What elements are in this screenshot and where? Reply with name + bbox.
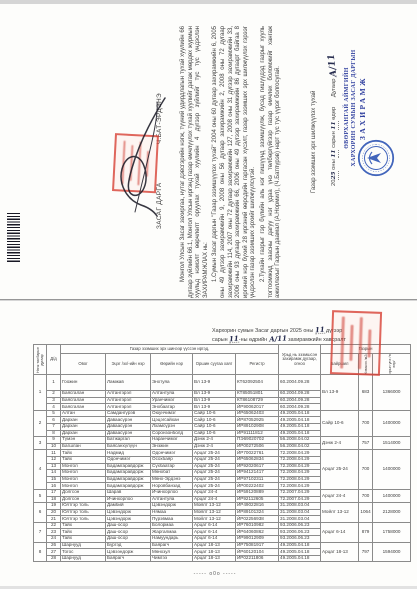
cell-father-name: Батжаргал bbox=[106, 437, 151, 444]
cell-register: ПЭ69020702 bbox=[236, 437, 279, 444]
cell-own-name: Осохбаяр bbox=[151, 456, 193, 463]
cell-register: ЙР64060862 bbox=[236, 529, 279, 536]
cell-prev-decree: 31.2008.03.04 bbox=[279, 516, 321, 523]
cell-group-number: 6 bbox=[34, 503, 47, 523]
cell-dd: 12 bbox=[47, 456, 61, 463]
annex-note-text: дүгээр bbox=[326, 328, 342, 334]
cell-group-number: 2 bbox=[34, 410, 47, 436]
cell-dd: 22 bbox=[47, 522, 61, 529]
cell-own-name: Ичинхорлоо bbox=[151, 489, 193, 496]
cell-father-name: Алтангэрэл bbox=[106, 391, 151, 398]
cell-ovog: Алтан bbox=[61, 410, 106, 417]
cell-prev-decree: 31.2008.03.04 bbox=[279, 509, 321, 516]
annex-note-text: Хархорин сумын Засаг даргын 2025 оны bbox=[212, 328, 313, 334]
page-footer: ----- о0о ----- bbox=[25, 571, 405, 577]
cell-dd: 26 bbox=[47, 542, 61, 549]
cell-father-name: Даш-осор bbox=[106, 529, 151, 536]
cell-register: ЙР65062403 bbox=[236, 410, 279, 417]
cell-price: 1514000 bbox=[373, 437, 411, 450]
cell-dd: 16 bbox=[47, 483, 61, 490]
cell-father-name: Даш-осор bbox=[106, 522, 151, 529]
table-row: 517ДолгсонШаравИчинхорлооАрцат 24-4ЙР591… bbox=[34, 489, 411, 496]
cell-ovog: Багшлан bbox=[61, 443, 106, 450]
cell-address: Арцат 6-14 bbox=[193, 529, 236, 536]
cell-address: Арцат 25-24 bbox=[193, 470, 236, 477]
number-label: Дугаар bbox=[331, 79, 337, 98]
header-land-group: Газрын bbox=[321, 345, 411, 354]
cell-register: КТ62092504 bbox=[236, 375, 279, 391]
cell-ovog: Тайх bbox=[61, 522, 106, 529]
cell-dd: 17 bbox=[47, 489, 61, 496]
cell-own-name: Пүрэвмаа bbox=[151, 516, 193, 523]
cell-address: Дэнж 2-4 bbox=[193, 443, 236, 450]
cell-prev-decree: 93.2006.06.23 bbox=[279, 529, 321, 536]
cell-register: ЙР87052925 bbox=[236, 417, 279, 424]
cell-prev-decree: 72.2007.04.29 bbox=[279, 489, 321, 496]
cell-dd: 1 bbox=[47, 375, 61, 391]
cell-register: ЙР60120104 bbox=[236, 549, 279, 556]
cell-own-name: Цэцэгсайхан bbox=[151, 417, 193, 424]
cell-dd: 28 bbox=[47, 555, 61, 562]
cell-own-name: Норовбанзад bbox=[151, 483, 193, 490]
cell-register: ЙР00272506 bbox=[236, 443, 279, 450]
cell-group-number: 4 bbox=[34, 450, 47, 490]
cell-address: Дэнж 2-4 bbox=[193, 437, 236, 444]
table-row: 826ШарнуудБүргэдБаярагчАрцат 18-13ЙР7508… bbox=[34, 542, 411, 549]
scan-edge-top bbox=[0, 0, 417, 4]
cell-size: 700 bbox=[359, 410, 373, 436]
cell-own-name: Жаргалмаа bbox=[151, 529, 193, 536]
cell-location: Мойлт 13-12 bbox=[321, 503, 359, 523]
ink-signature bbox=[105, 92, 180, 222]
cell-ovog: Долгсон bbox=[61, 496, 106, 503]
cell-prev-decree: 72.2008.04.29 bbox=[279, 463, 321, 470]
cell-register: ЙР92020617 bbox=[236, 463, 279, 470]
cell-register: ЙР90062017 bbox=[236, 404, 279, 411]
annex-note-text: сарын bbox=[212, 337, 228, 343]
cell-own-name: Оюунчимэг bbox=[151, 410, 193, 417]
cell-father-name: Даваасүрэн bbox=[106, 417, 151, 424]
cell-ovog: Шарнууд bbox=[61, 555, 106, 562]
cell-own-name: Мөнх-Эрдэнэ bbox=[151, 476, 193, 483]
cell-size: 1064 bbox=[359, 503, 373, 523]
cell-register: КТ85051801 bbox=[236, 391, 279, 398]
cell-register: ЙР70022761 bbox=[236, 450, 279, 457]
cell-father-name: Бадамгаравдорж bbox=[106, 483, 151, 490]
cell-address: Мойлт 13-12 bbox=[193, 516, 236, 523]
cell-dd: 15 bbox=[47, 476, 61, 483]
header-prev-decree: Урьд нь эзэмшсэн захирамж дугаар, огноо bbox=[279, 345, 321, 375]
cell-ovog: Монгол bbox=[61, 463, 106, 470]
cell-register: ЙР02211806 bbox=[236, 555, 279, 562]
cell-dd: 7 bbox=[47, 423, 61, 430]
cell-address: Вл 13-9 bbox=[193, 397, 236, 404]
cell-price: 1400000 bbox=[373, 450, 411, 490]
handwritten-year: 25 bbox=[332, 171, 339, 179]
cell-prev-decree: 72.2008.04.29 bbox=[279, 470, 321, 477]
cell-prev-decree: 49.2005.04.18 bbox=[279, 430, 321, 437]
cell-prev-decree: 60.2004.09.28 bbox=[279, 391, 321, 398]
annex-table-body: 11ГоожинЛамжавЭнхтуяаВл 13-9КТ6209250460… bbox=[34, 375, 411, 562]
date-label: өдөр bbox=[331, 107, 337, 120]
cell-group-number: 7 bbox=[34, 522, 47, 542]
letterhead-line: ӨВӨРХАНГАЙ АЙМГИЙН bbox=[344, 38, 351, 178]
cell-own-name: Баярагч bbox=[151, 542, 193, 549]
cell-ovog: Баясгалан bbox=[61, 391, 106, 398]
handwritten-day: 11 bbox=[332, 122, 339, 130]
cell-own-name: Энэжин bbox=[151, 443, 193, 450]
decree-paragraph: 2.Тухайн газрыг гэр бүлийн аль нэг гишүү… bbox=[260, 26, 283, 298]
handwritten-decree-number: А/11 bbox=[328, 53, 340, 77]
cell-prev-decree: 49.2005.04.18 bbox=[279, 542, 321, 549]
decree-paragraph: Монгол Улсын Засаг захиргаа, нутаг дэвсг… bbox=[180, 26, 210, 298]
cell-father-name: Баясанхүлүүн bbox=[106, 443, 151, 450]
cell-prev-decree: 60.2004.09.28 bbox=[279, 397, 321, 404]
cell-father-name: Бадамгаравдорж bbox=[106, 476, 151, 483]
date-label: оны bbox=[331, 159, 337, 170]
cell-register: ЙР02256938 bbox=[236, 516, 279, 523]
cell-group-number: 8 bbox=[34, 542, 47, 562]
registration-barcode bbox=[7, 213, 20, 263]
cell-dd: 20 bbox=[47, 509, 61, 516]
cell-register: КТ86108729 bbox=[236, 397, 279, 404]
cell-address: Мойлт 13-12 bbox=[193, 503, 236, 510]
date-number-line: 2025 оны 11 сарын 11 өдөр Дугаар А/11 bbox=[329, 34, 339, 186]
table-row: 25АлтанСамдангүрэвОюунчимэгСайр 10-6ЙР65… bbox=[34, 410, 411, 417]
cell-prev-decree: 49.2005.04.18 bbox=[279, 549, 321, 556]
cell-dd: 23 bbox=[47, 529, 61, 536]
cell-register: ЙР91111812 bbox=[236, 430, 279, 437]
cell-prev-decree: 72.2008.04.29 bbox=[279, 456, 321, 463]
cell-address: Арцат 18-13 bbox=[193, 542, 236, 549]
header-size: Хэмжээ /м2/ bbox=[359, 354, 373, 375]
cell-address: Арцат 24-4 bbox=[193, 489, 236, 496]
cell-dd: 5 bbox=[47, 410, 61, 417]
cell-ovog: Дархан bbox=[61, 430, 106, 437]
cell-prev-decree: 93.2006.06.23 bbox=[279, 522, 321, 529]
cell-register: ЙР59120889 bbox=[236, 489, 279, 496]
handwritten-day: 11 bbox=[229, 335, 239, 344]
cell-location: Арцат 25-24 bbox=[321, 450, 359, 490]
cell-group-number: 5 bbox=[34, 489, 47, 502]
cell-father-name: Цэвэндорж bbox=[106, 516, 151, 523]
cell-prev-decree: 49.2005.04.18 bbox=[279, 417, 321, 424]
header-own-name: Өөрийн нэр bbox=[151, 354, 193, 375]
cell-father-name: Даваасүрэн bbox=[106, 423, 151, 430]
cell-address: Арцат 25-24 bbox=[193, 483, 236, 490]
cell-address: Сайр 10-6 bbox=[193, 423, 236, 430]
cell-register: ЙР94121417 bbox=[236, 470, 279, 477]
decree-title: Газар эзэмших эрх шилжүүлэх тухай bbox=[311, 53, 317, 193]
decree-body: Монгол Улсын Засаг захиргаа, нутаг дэвсг… bbox=[180, 26, 304, 298]
cell-dd: 24 bbox=[47, 536, 61, 543]
cell-register: ЙР89101324 bbox=[236, 509, 279, 516]
cell-register: ЙР49022816 bbox=[236, 503, 279, 510]
cell-father-name: Цэвээндорж bbox=[106, 549, 151, 556]
cell-ovog: Тайх bbox=[61, 536, 106, 543]
cell-address: Арцат 6-14 bbox=[193, 522, 236, 529]
cell-ovog: Монгол bbox=[61, 483, 106, 490]
cell-prev-decree: 72.2008.04.29 bbox=[279, 483, 321, 490]
cell-ovog: Долгсон bbox=[61, 489, 106, 496]
date-prefix: 20 bbox=[331, 180, 337, 186]
cell-address: Сайр 10-6 bbox=[193, 417, 236, 424]
header-address: Оршин суугаа хаяг bbox=[193, 354, 236, 375]
cell-dd: 8 bbox=[47, 430, 61, 437]
cell-prev-decree: 72.2007.04.29 bbox=[279, 496, 321, 503]
cell-size: 700 bbox=[359, 489, 373, 502]
cell-prev-decree: 31.2008.03.04 bbox=[279, 503, 321, 510]
cell-address: Арцат 24-4 bbox=[193, 496, 236, 503]
cell-dd: 2 bbox=[47, 391, 61, 398]
cell-ovog: Юлтгэр толь bbox=[61, 509, 106, 516]
cell-size: 797 bbox=[359, 542, 373, 562]
cell-register: ЙР76010982 bbox=[236, 522, 279, 529]
header-location: Байршил bbox=[321, 354, 359, 375]
cell-address: Арцат 25-24 bbox=[193, 476, 236, 483]
cell-own-name: Сүхбаатар bbox=[151, 463, 193, 470]
table-row: 411ТайхНадмидОдончимэгАрцат 25-24ЙР70022… bbox=[34, 450, 411, 457]
header-price: Газрын үнэ /төг-өөр/ bbox=[373, 354, 411, 375]
cell-own-name: Энхбаатар bbox=[151, 404, 193, 411]
cell-own-name: Нямаа bbox=[151, 509, 193, 516]
cell-address: Арцат 6-14 bbox=[193, 536, 236, 543]
cell-own-name: Болормаа bbox=[151, 522, 193, 529]
cell-address: Арцат 25-24 bbox=[193, 450, 236, 457]
cell-price: 1594000 bbox=[373, 542, 411, 562]
cell-father-name: Цэвэндорж bbox=[106, 509, 151, 516]
cell-father-name: Ичинхорлоо bbox=[106, 496, 151, 503]
table-row: 722ТайхДаш-осорБолормааАрцат 6-14ЙР76010… bbox=[34, 522, 411, 529]
annex-note-text: -ны өдрийн bbox=[239, 337, 267, 343]
handwritten-month: 11 bbox=[314, 326, 324, 335]
cell-own-name: Мөнхбат bbox=[151, 470, 193, 477]
header-citizens-group: Газар эзэмших эрх шинээр үүссэн иргэд, bbox=[61, 345, 279, 354]
cell-address: Вл 13-9 bbox=[193, 391, 236, 398]
cell-register: ЙР65062834 bbox=[236, 456, 279, 463]
cell-address: Вл 13-9 bbox=[193, 404, 236, 411]
cell-register: ЙР89102908 bbox=[236, 423, 279, 430]
cell-price: 2128000 bbox=[373, 503, 411, 523]
cell-size: 757 bbox=[359, 437, 373, 450]
cell-father-name: Даваасүрэн bbox=[106, 430, 151, 437]
table-row: 39ТүмэнБатжаргалНаранчимэгДэнж 2-4ПЭ6902… bbox=[34, 437, 411, 444]
cell-ovog: Дархан bbox=[61, 423, 106, 430]
cell-own-name: Цэвэндорж bbox=[151, 503, 193, 510]
date-label: сарын bbox=[331, 131, 337, 148]
cell-location: Вл 13-9 bbox=[321, 375, 359, 411]
table-row: 619Юлтгэр тольДамбийЦэвэндоржМойлт 13-12… bbox=[34, 503, 411, 510]
cell-address: Сайр 10-6 bbox=[193, 410, 236, 417]
cell-ovog: Юлтгэр толь bbox=[61, 503, 106, 510]
header-dd: Д/д bbox=[47, 345, 61, 375]
cell-dd: 13 bbox=[47, 463, 61, 470]
handwritten-month: 11 bbox=[332, 150, 339, 158]
cell-father-name: Даш-осор bbox=[106, 536, 151, 543]
cell-prev-decree: 56.2008.04.02 bbox=[279, 437, 321, 444]
cell-father-name: Бүргэд bbox=[106, 542, 151, 549]
cell-group-number: 1 bbox=[34, 375, 47, 411]
cell-father-name: Алтангэрэл bbox=[106, 397, 151, 404]
cell-prev-decree: 72.2008.04.29 bbox=[279, 450, 321, 457]
cell-location: Сайр 10-6 bbox=[321, 410, 359, 436]
cell-dd: 18 bbox=[47, 496, 61, 503]
cell-prev-decree: 49.2005.04.18 bbox=[279, 410, 321, 417]
cell-father-name: Дамбий bbox=[106, 503, 151, 510]
cell-ovog: Тайх bbox=[61, 450, 106, 457]
cell-ovog: Гоожин bbox=[61, 375, 106, 391]
cell-group-number: 3 bbox=[34, 437, 47, 450]
cell-father-name: Надмид bbox=[106, 450, 151, 457]
header-father-name: Эцэг /эх/-ийн нэр bbox=[106, 354, 151, 375]
annex-table: Нэгж талбарын дугаар Д/д Газар эзэмших э… bbox=[33, 344, 411, 562]
cell-ovog: Тайх bbox=[61, 529, 106, 536]
table-row: 11ГоожинЛамжавЭнхтуяаВл 13-9КТ6209250460… bbox=[34, 375, 411, 391]
cell-own-name: Чимгээ bbox=[151, 555, 193, 562]
cell-father-name: Алтангэрэл bbox=[106, 404, 151, 411]
cell-prev-decree: 60.2004.09.28 bbox=[279, 375, 321, 391]
cell-price: 1758000 bbox=[373, 522, 411, 542]
cell-prev-decree: 56.2008.04.02 bbox=[279, 443, 321, 450]
cell-ovog: Баясгалан bbox=[61, 404, 106, 411]
cell-register: ЙР75081917 bbox=[236, 542, 279, 549]
cell-register: ЙР97102311 bbox=[236, 476, 279, 483]
cell-size: 700 bbox=[359, 450, 373, 490]
cell-price: 1400000 bbox=[373, 489, 411, 502]
cell-father-name: Бадамгаравдорж bbox=[106, 470, 151, 477]
cell-dd: 21 bbox=[47, 516, 61, 523]
cell-prev-decree: 49.2005.04.18 bbox=[279, 555, 321, 562]
cell-father-name: Одончимэг bbox=[106, 456, 151, 463]
cell-father-name: Бадамгаравдорж bbox=[106, 463, 151, 470]
cell-dd: 6 bbox=[47, 417, 61, 424]
cell-ovog: Тогос bbox=[61, 549, 106, 556]
cell-size: 683 bbox=[359, 375, 373, 411]
page-fold-divider bbox=[0, 299, 417, 301]
cell-own-name: Энхтуяа bbox=[151, 375, 193, 391]
decree-paragraph: 1.Сумын Засаг даргын "Газар эзэмшүүлэх т… bbox=[212, 26, 258, 298]
cell-dd: 11 bbox=[47, 450, 61, 457]
cell-ovog: Түмэн bbox=[61, 437, 106, 444]
cell-location: Арцат 6-14 bbox=[321, 522, 359, 542]
cell-dd: 10 bbox=[47, 443, 61, 450]
header-group-number: Нэгж талбарын дугаар bbox=[34, 345, 47, 375]
cell-prev-decree: 72.2008.04.29 bbox=[279, 476, 321, 483]
cell-ovog: Тайх bbox=[61, 456, 106, 463]
cell-father-name: Ламжав bbox=[106, 375, 151, 391]
cell-dd: 9 bbox=[47, 437, 61, 444]
scanned-decree-page: ӨВӨРХАНГАЙ АЙМГИЙН ХАРХОРИН СУМЫН ЗАСАГ … bbox=[0, 0, 417, 589]
cell-dd: 14 bbox=[47, 470, 61, 477]
cell-register: ЙР99012909 bbox=[236, 536, 279, 543]
cell-own-name: Наранчимэг bbox=[151, 437, 193, 444]
cell-location: Дэнж 2-4 bbox=[321, 437, 359, 450]
cell-address: Вл 13-9 bbox=[193, 375, 236, 391]
cell-register: ЙР00222402 bbox=[236, 483, 279, 490]
cell-ovog: Юлтгэр толь bbox=[61, 516, 106, 523]
cell-address: Арцат 18-13 bbox=[193, 555, 236, 562]
cell-dd: 4 bbox=[47, 404, 61, 411]
cell-own-name: Мөнхзул bbox=[151, 549, 193, 556]
cell-father-name: Баярагч bbox=[106, 555, 151, 562]
cell-price: 1366000 bbox=[373, 375, 411, 411]
cell-address: Арцат 25-24 bbox=[193, 456, 236, 463]
cell-prev-decree: 49.2005.04.18 bbox=[279, 423, 321, 430]
seal-icon bbox=[357, 139, 395, 177]
cell-address: Арцат 25-24 bbox=[193, 463, 236, 470]
cell-father-name: Шарав bbox=[106, 489, 151, 496]
handwritten-annex-number: А/11 bbox=[268, 334, 286, 342]
cell-prev-decree: 93.2006.06.23 bbox=[279, 536, 321, 543]
annex-note: Хархорин сумын Засаг даргын 2025 оны 11 … bbox=[212, 326, 374, 344]
cell-size: 879 bbox=[359, 522, 373, 542]
cell-register: ЙР92112605 bbox=[236, 496, 279, 503]
cell-ovog: Баясгалан bbox=[61, 397, 106, 404]
cell-dd: 19 bbox=[47, 503, 61, 510]
header-register: Регистр bbox=[236, 354, 279, 375]
cell-price: 1400000 bbox=[373, 410, 411, 436]
cell-ovog: Дархан bbox=[61, 417, 106, 424]
annex-note-text: захирамжийн хавсралт bbox=[288, 337, 346, 343]
cell-address: Арцат 18-13 bbox=[193, 549, 236, 556]
header-ovog: Овог bbox=[61, 354, 106, 375]
cell-father-name: Самдангүрэв bbox=[106, 410, 151, 417]
cell-own-name: Одончимэг bbox=[151, 450, 193, 457]
cell-address: Сайр 10-6 bbox=[193, 430, 236, 437]
cell-location: Арцат 24-4 bbox=[321, 489, 359, 502]
cell-prev-decree: 60.2004.09.28 bbox=[279, 404, 321, 411]
cell-ovog: Шарнууд bbox=[61, 542, 106, 549]
cell-dd: 3 bbox=[47, 397, 61, 404]
cell-own-name: Алтантуяа bbox=[151, 391, 193, 398]
cell-ovog: Монгол bbox=[61, 470, 106, 477]
cell-dd: 27 bbox=[47, 549, 61, 556]
cell-own-name: Алтантуяа bbox=[151, 496, 193, 503]
cell-location: Арцат 18-13 bbox=[321, 542, 359, 562]
cell-address: Мойлт 13-12 bbox=[193, 509, 236, 516]
cell-ovog: Монгол bbox=[61, 476, 106, 483]
cell-own-name: Уранчимэг bbox=[151, 397, 193, 404]
cell-own-name: Лхамсүрэн bbox=[151, 423, 193, 430]
cell-own-name: Намуундарь bbox=[151, 536, 193, 543]
official-round-seal bbox=[357, 139, 395, 177]
cell-own-name: Соронзонболд bbox=[151, 430, 193, 437]
